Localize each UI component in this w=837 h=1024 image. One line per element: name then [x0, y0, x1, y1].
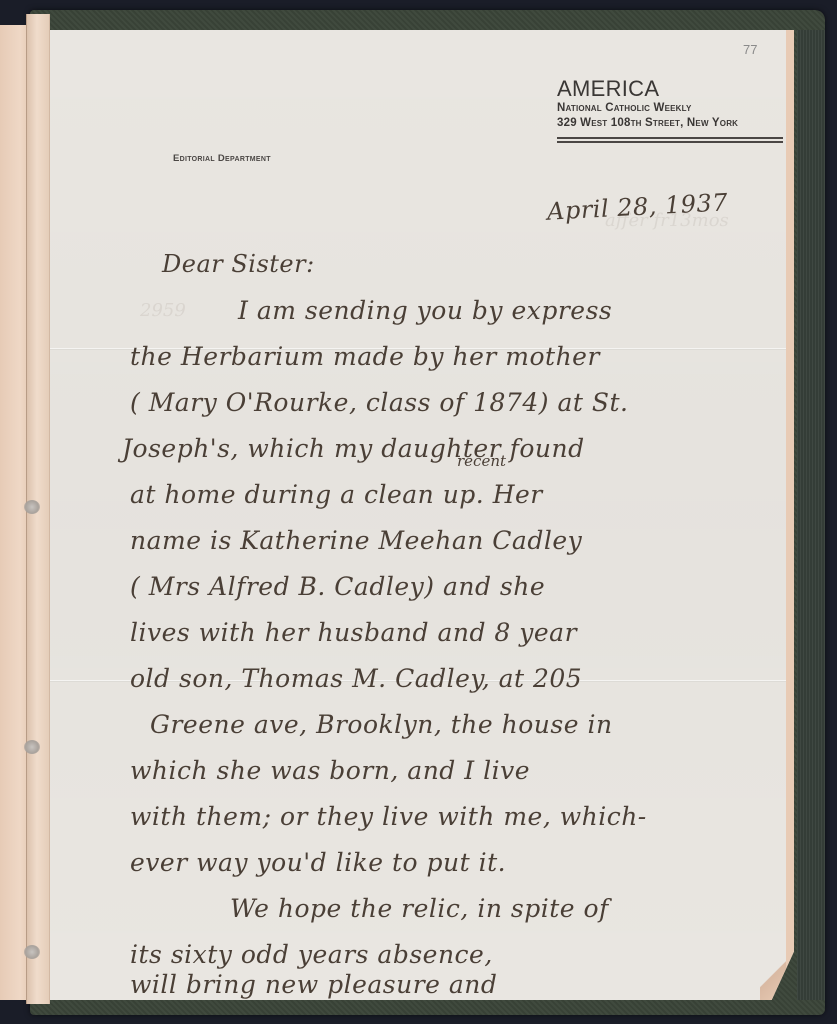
letter-line: Greene ave, Brooklyn, the house in: [150, 710, 613, 739]
binding-stitch: [24, 500, 40, 514]
letter-line: with them; or they live with me, which-: [130, 802, 647, 831]
cover-spine-edge: [797, 30, 825, 1000]
letter-line: ( Mrs Alfred B. Cadley) and she: [130, 572, 545, 601]
letter-line: Joseph's, which my daughter found: [122, 434, 585, 463]
page-number: 77: [743, 42, 757, 57]
letter-line: ever way you'd like to put it.: [130, 848, 506, 877]
letterhead-title: AMERICA: [557, 77, 785, 101]
letterhead-rule: [557, 137, 783, 139]
letter-line: I am sending you by express: [238, 296, 612, 325]
binding-stitch: [24, 945, 40, 959]
letterhead: AMERICA National Catholic Weekly 329 Wes…: [557, 77, 785, 139]
inserted-word: recent: [457, 452, 506, 470]
letter-line: will bring new pleasure and: [130, 970, 497, 999]
letterhead-subtitle: National Catholic Weekly: [557, 101, 785, 116]
binding-stitch: [24, 740, 40, 754]
letter-line: ( Mary O'Rourke, class of 1874) at St.: [130, 388, 628, 417]
letter-line: name is Katherine Meehan Cadley: [130, 526, 582, 555]
letter-sheet: affer fr13mos 2959 77 AMERICA National C…: [50, 30, 794, 1000]
letter-line: its sixty odd years absence,: [130, 940, 493, 969]
salutation: Dear Sister:: [162, 250, 315, 278]
letter-line: which she was born, and I live: [130, 756, 530, 785]
scanned-document: affer fr13mos 2959 77 AMERICA National C…: [0, 0, 837, 1024]
letter-line: the Herbarium made by her mother: [130, 342, 600, 371]
letter-line: at home during a clean up. Her: [130, 480, 543, 509]
show-through-text: 2959: [140, 300, 186, 321]
letter-line: old son, Thomas M. Cadley, at 205: [130, 664, 582, 693]
letterhead-address: 329 West 108th Street, New York: [557, 116, 785, 131]
letter-line: We hope the relic, in spite of: [230, 894, 609, 923]
letter-line: lives with her husband and 8 year: [130, 618, 577, 647]
department-label: Editorial Department: [173, 153, 271, 164]
